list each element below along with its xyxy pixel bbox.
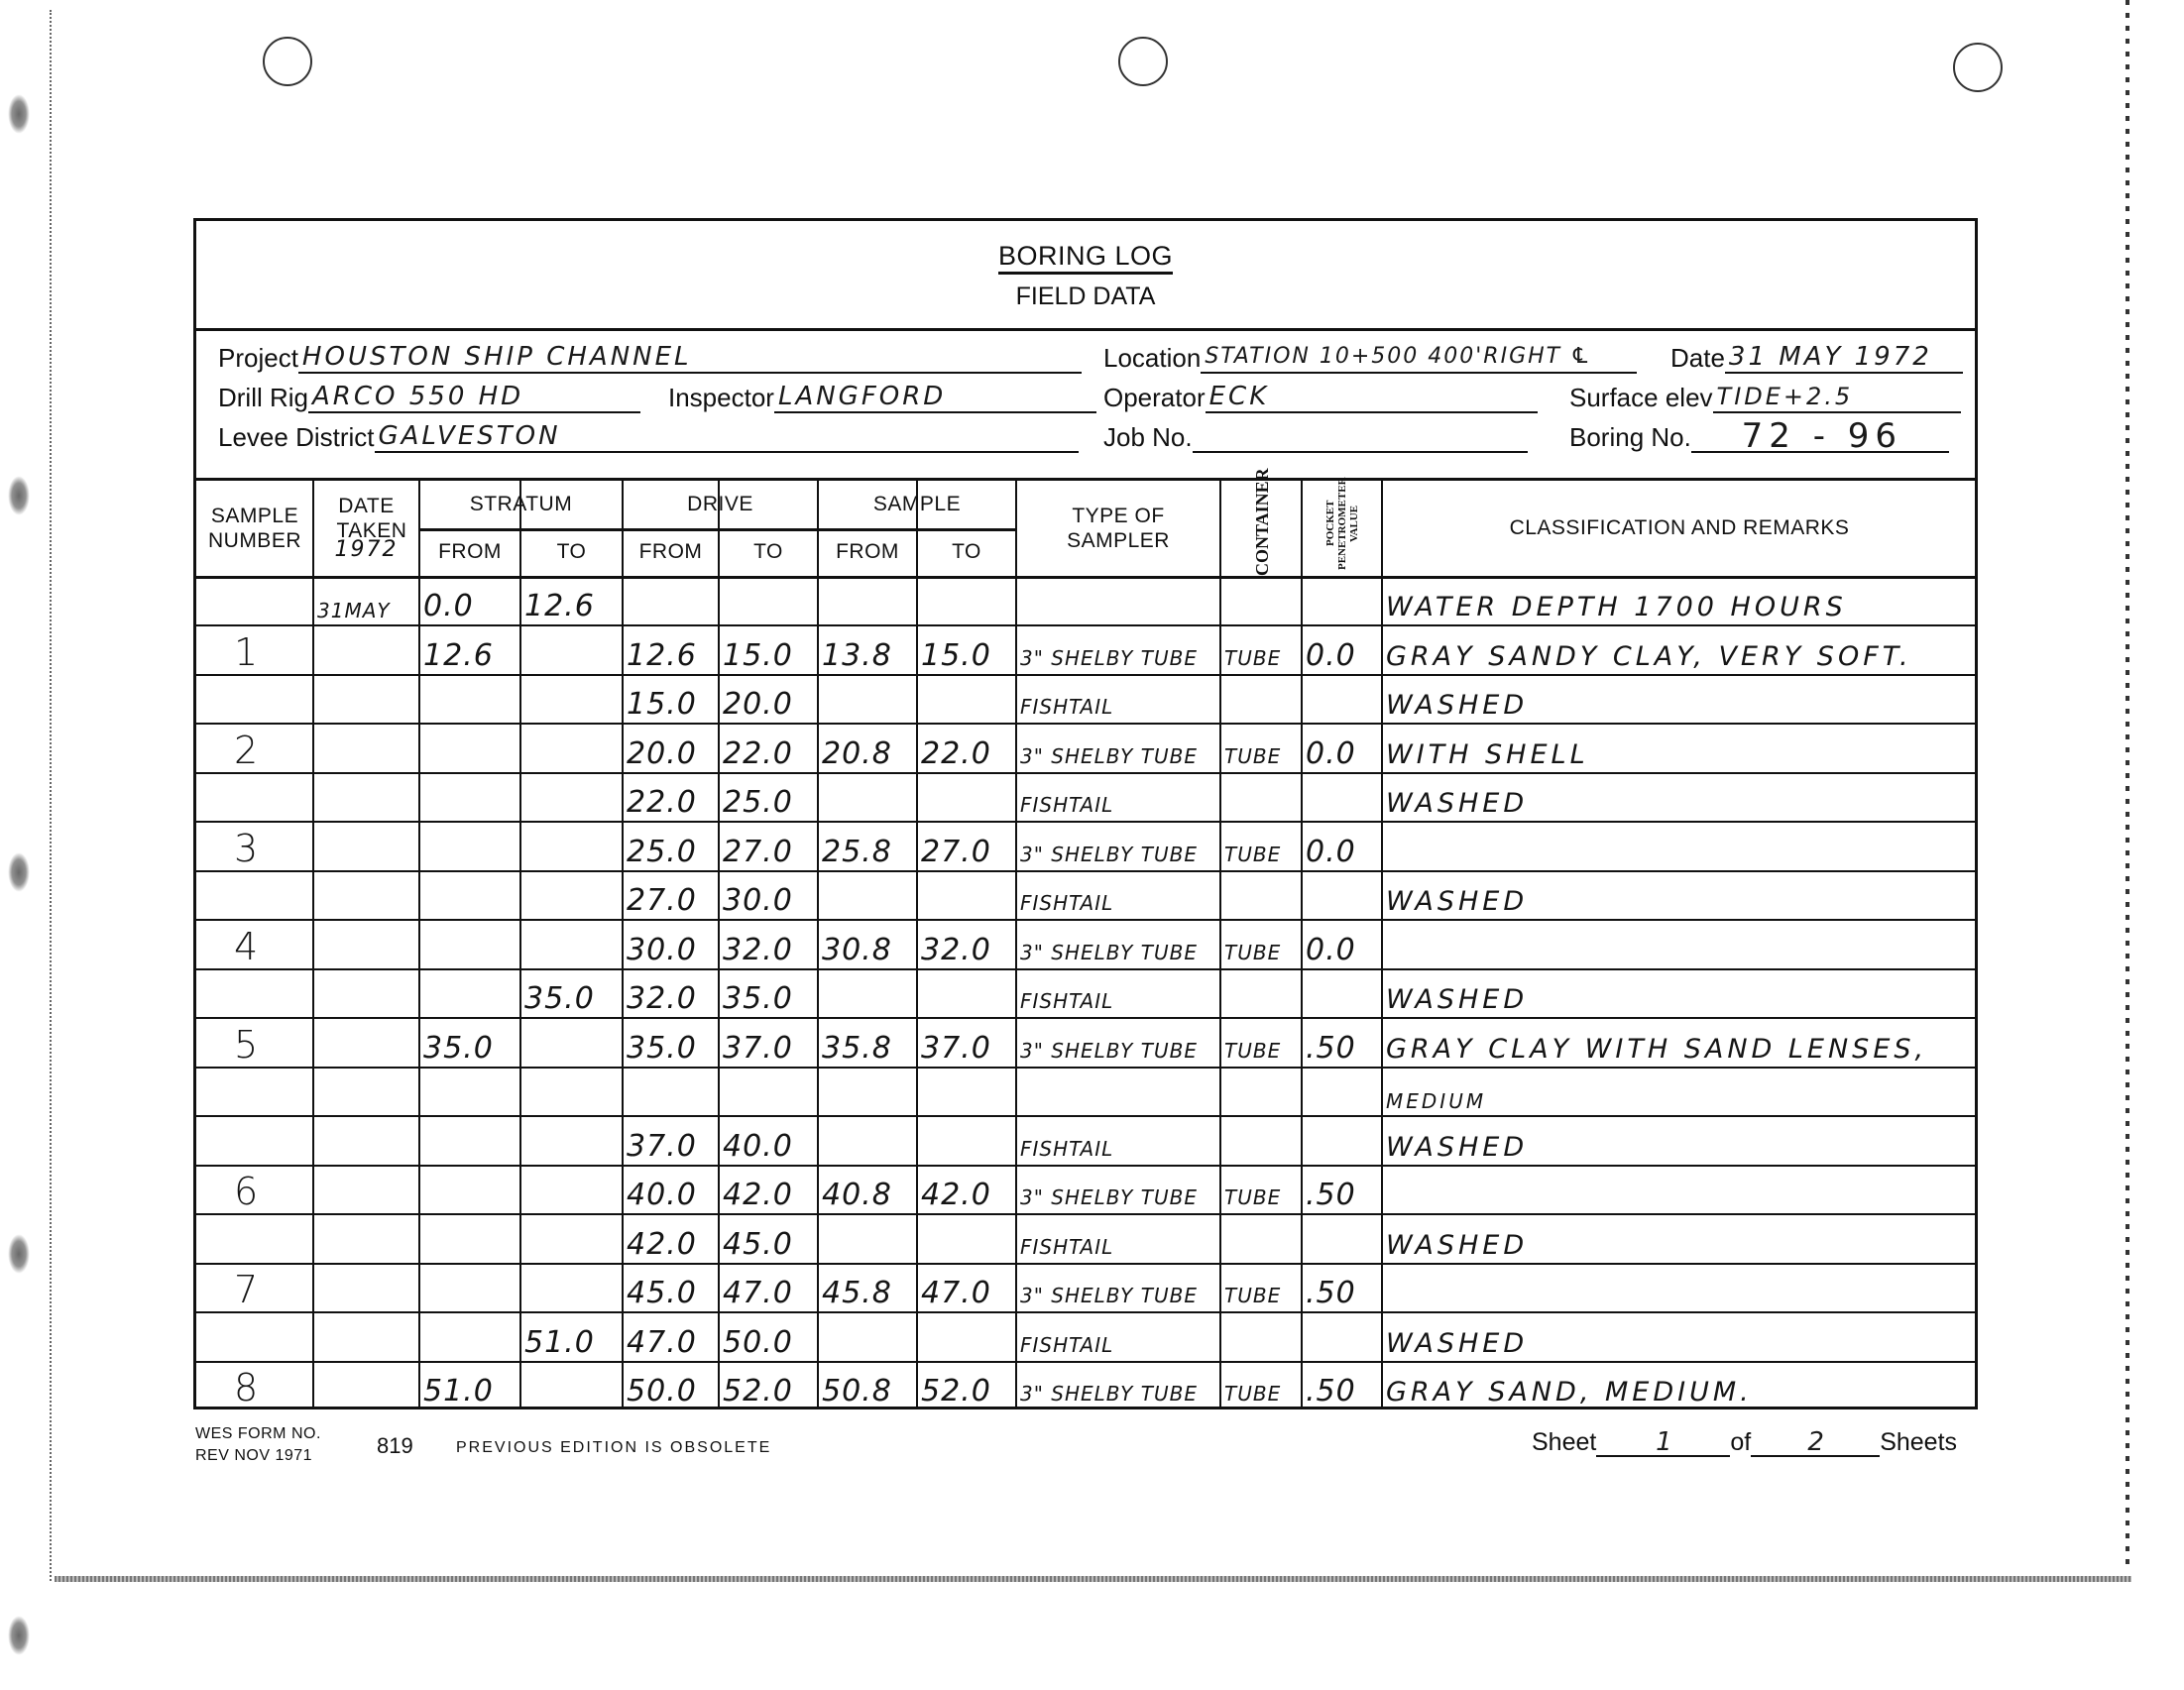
col-date-taken-label: DATE TAKEN — [337, 494, 397, 543]
paper-edge-bottom — [55, 1576, 2131, 1582]
drive-from-cell: 12.6 — [627, 638, 697, 673]
col-sample-from: FROM — [818, 528, 917, 576]
perforation-strip — [2126, 0, 2129, 1566]
table-row: 220.022.020.822.03" SHELBY TUBETUBE0.0WI… — [196, 723, 1975, 771]
sampler-type-cell: 3" SHELBY TUBE — [1020, 1185, 1198, 1209]
form-title-text: BORING LOG — [998, 241, 1173, 275]
drive-from-cell: 37.0 — [627, 1129, 697, 1164]
stratum-from-cell: 51.0 — [423, 1374, 494, 1408]
location-field: LocationSTATION 10+500 400'RIGHT ℄ — [1103, 342, 1637, 374]
drive-from-cell: 40.0 — [627, 1178, 697, 1212]
remarks-cell: WASHED — [1386, 1328, 1528, 1359]
col-date-taken-year: 1972 — [335, 537, 399, 563]
sample-to-cell: 47.0 — [921, 1276, 991, 1310]
drill-rig-field: Drill RigARCO 550 HD — [218, 382, 640, 413]
sampler-type-cell: 3" SHELBY TUBE — [1020, 1382, 1198, 1406]
sample-number-cell: 5 — [234, 1023, 258, 1067]
pocket-penetrometer-cell: 0.0 — [1306, 933, 1356, 967]
container-cell: TUBE — [1224, 1039, 1281, 1063]
col-sample-to: TO — [917, 528, 1016, 576]
project-field: ProjectHOUSTON SHIP CHANNEL — [218, 342, 1082, 374]
paper-edge-left — [50, 10, 52, 1581]
table-row: 851.050.052.050.852.03" SHELBY TUBETUBE.… — [196, 1361, 1975, 1409]
drive-from-cell: 25.0 — [627, 835, 697, 869]
table-row: 430.032.030.832.03" SHELBY TUBETUBE0.0 — [196, 919, 1975, 967]
sample-from-cell: 20.8 — [822, 736, 892, 771]
levee-district-label: Levee District — [218, 422, 375, 453]
table-row: 35.032.035.0FISHTAILWASHED — [196, 968, 1975, 1017]
scan-smudge — [8, 1616, 30, 1655]
drive-to-cell: 52.0 — [723, 1374, 793, 1408]
scan-smudge — [8, 476, 30, 515]
sample-number-cell: 3 — [234, 827, 258, 870]
container-cell: TUBE — [1224, 843, 1281, 866]
sampler-type-cell: FISHTAIL — [1020, 695, 1113, 719]
drive-from-cell: 35.0 — [627, 1031, 697, 1066]
sheet-number[interactable]: 1 — [1596, 1427, 1730, 1457]
pocket-penetrometer-cell: .50 — [1306, 1031, 1356, 1066]
operator-field: OperatorECK — [1103, 382, 1538, 413]
drill-rig-value[interactable]: ARCO 550 HD — [308, 382, 640, 413]
sampler-type-cell: 3" SHELBY TUBE — [1020, 843, 1198, 866]
sample-from-cell: 45.8 — [822, 1276, 892, 1310]
sampler-type-cell: 3" SHELBY TUBE — [1020, 646, 1198, 670]
inspector-label: Inspector — [668, 383, 774, 413]
table-row: 31MAY0.012.6WATER DEPTH 1700 HOURS — [196, 576, 1975, 624]
location-label: Location — [1103, 343, 1201, 374]
drive-from-cell: 42.0 — [627, 1227, 697, 1262]
boring-log-form: BORING LOG FIELD DATA ProjectHOUSTON SHI… — [193, 218, 1978, 1409]
sample-from-cell: 13.8 — [822, 638, 892, 673]
pocket-penetrometer-cell: 0.0 — [1306, 736, 1356, 771]
col-classification-remarks: CLASSIFICATION AND REMARKS — [1382, 481, 1977, 576]
date-field: Date31 MAY 1972 — [1670, 342, 1963, 374]
surface-elev-field: Surface elevTIDE+2.5 — [1569, 382, 1961, 413]
table-row: 37.040.0FISHTAILWASHED — [196, 1115, 1975, 1164]
sampler-type-cell: 3" SHELBY TUBE — [1020, 744, 1198, 768]
inspector-field: InspectorLANGFORD — [668, 382, 1096, 413]
remarks-cell: WASHED — [1386, 984, 1528, 1015]
drive-to-cell: 15.0 — [723, 638, 793, 673]
boring-no-field: Boring No.72 - 96 — [1569, 421, 1949, 453]
sample-to-cell: 52.0 — [921, 1374, 991, 1408]
col-container: CONTAINER — [1227, 481, 1297, 576]
date-value[interactable]: 31 MAY 1972 — [1725, 342, 1963, 374]
sample-from-cell: 35.8 — [822, 1031, 892, 1066]
table-row: 112.612.615.013.815.03" SHELBY TUBETUBE0… — [196, 624, 1975, 673]
table-row: 15.020.0FISHTAILWASHED — [196, 674, 1975, 723]
drive-to-cell: 45.0 — [723, 1227, 793, 1262]
sampler-type-cell: FISHTAIL — [1020, 793, 1113, 817]
sheet-counter: Sheet1of2Sheets — [1532, 1427, 1957, 1457]
col-pocket-penetrometer: POCKET PENETROMETER VALUE — [1305, 469, 1380, 578]
drive-to-cell: 47.0 — [723, 1276, 793, 1310]
table-row: 745.047.045.847.03" SHELBY TUBETUBE.50 — [196, 1263, 1975, 1311]
table-row: 535.035.037.035.837.03" SHELBY TUBETUBE.… — [196, 1017, 1975, 1066]
container-cell: TUBE — [1224, 1185, 1281, 1209]
col-sample-number: SAMPLE NUMBER — [196, 481, 313, 576]
drive-to-cell: 42.0 — [723, 1178, 793, 1212]
remarks-cell: GRAY SANDY CLAY, VERY SOFT. — [1386, 641, 1912, 672]
sample-from-cell: 40.8 — [822, 1178, 892, 1212]
table-row: 27.030.0FISHTAILWASHED — [196, 870, 1975, 919]
drive-from-cell: 47.0 — [627, 1325, 697, 1360]
drive-to-cell: 22.0 — [723, 736, 793, 771]
remarks-cell: GRAY CLAY WITH SAND LENSES, — [1386, 1034, 1927, 1065]
remarks-cell: WASHED — [1386, 1132, 1528, 1163]
drive-to-cell: 25.0 — [723, 785, 793, 820]
form-revision: REV NOV 1971 — [195, 1445, 321, 1467]
punch-hole-center — [1118, 37, 1168, 86]
location-value[interactable]: STATION 10+500 400'RIGHT ℄ — [1201, 342, 1637, 374]
operator-label: Operator — [1103, 383, 1206, 413]
container-cell: TUBE — [1224, 744, 1281, 768]
table-row: 51.047.050.0FISHTAILWASHED — [196, 1311, 1975, 1360]
col-drive-from: FROM — [623, 528, 719, 576]
stratum-from-cell: 35.0 — [423, 1031, 494, 1066]
drill-rig-label: Drill Rig — [218, 383, 308, 413]
sample-number-cell: 6 — [234, 1170, 258, 1213]
punch-hole-right — [1953, 43, 2003, 92]
sheet-label: Sheet — [1532, 1428, 1596, 1456]
remarks-cell: WATER DEPTH 1700 HOURS — [1386, 592, 1847, 622]
col-type-of-sampler: TYPE OF SAMPLER — [1016, 481, 1220, 576]
col-drive-to: TO — [719, 528, 818, 576]
sample-from-cell: 50.8 — [822, 1374, 892, 1408]
boring-no-label: Boring No. — [1569, 422, 1691, 453]
inspector-value[interactable]: LANGFORD — [774, 382, 1096, 413]
stratum-from-cell: 0.0 — [423, 589, 474, 623]
sampler-type-cell: 3" SHELBY TUBE — [1020, 1284, 1198, 1307]
stratum-from-cell: 12.6 — [423, 638, 494, 673]
pocket-penetrometer-cell: 0.0 — [1306, 835, 1356, 869]
remarks-cell: WITH SHELL — [1386, 739, 1589, 770]
drive-from-cell: 27.0 — [627, 883, 697, 918]
stratum-to-cell: 12.6 — [524, 589, 595, 623]
drive-from-cell: 20.0 — [627, 736, 697, 771]
levee-district-value[interactable]: GALVESTON — [375, 421, 1079, 453]
sampler-type-cell: FISHTAIL — [1020, 1235, 1113, 1259]
col-stratum-to: TO — [520, 528, 623, 576]
col-date-taken: DATE TAKEN 1972 — [313, 481, 419, 576]
job-no-label: Job No. — [1103, 422, 1193, 453]
sample-number-cell: 2 — [234, 729, 258, 772]
sample-to-cell: 42.0 — [921, 1178, 991, 1212]
drive-from-cell: 50.0 — [627, 1374, 697, 1408]
drive-to-cell: 50.0 — [723, 1325, 793, 1360]
title-band: BORING LOG FIELD DATA — [196, 221, 1975, 331]
col-stratum: STRATUM — [419, 481, 623, 528]
levee-district-field: Levee DistrictGALVESTON — [218, 421, 1079, 453]
drive-to-cell: 32.0 — [723, 933, 793, 967]
col-sample: SAMPLE — [818, 481, 1016, 528]
pocket-penetrometer-cell: .50 — [1306, 1276, 1356, 1310]
sampler-type-cell: 3" SHELBY TUBE — [1020, 1039, 1198, 1063]
total-sheets[interactable]: 2 — [1751, 1427, 1880, 1457]
col-drive: DRIVE — [623, 481, 818, 528]
drive-to-cell: 40.0 — [723, 1129, 793, 1164]
container-cell: TUBE — [1224, 1382, 1281, 1406]
container-cell: TUBE — [1224, 1284, 1281, 1307]
sample-number-cell: 8 — [234, 1366, 258, 1409]
remarks-cell: WASHED — [1386, 690, 1528, 721]
sampler-type-cell: 3" SHELBY TUBE — [1020, 941, 1198, 964]
form-number: 819 — [377, 1433, 413, 1459]
container-cell: TUBE — [1224, 646, 1281, 670]
sheets-label: Sheets — [1880, 1428, 1957, 1456]
sample-to-cell: 15.0 — [921, 638, 991, 673]
pocket-penetrometer-cell: .50 — [1306, 1374, 1356, 1408]
date-taken-cell: 31MAY — [317, 599, 391, 622]
drive-from-cell: 30.0 — [627, 933, 697, 967]
sampler-type-cell: FISHTAIL — [1020, 989, 1113, 1013]
surface-elev-label: Surface elev — [1569, 383, 1713, 413]
table-row: 640.042.040.842.03" SHELBY TUBETUBE.50 — [196, 1165, 1975, 1213]
col-stratum-from: FROM — [419, 528, 520, 576]
remarks-cell: WASHED — [1386, 886, 1528, 917]
stratum-to-cell: 51.0 — [524, 1325, 595, 1360]
table-row: MEDIUM — [196, 1067, 1975, 1115]
form-no-label: WES FORM NO. — [195, 1423, 321, 1445]
form-title: BORING LOG — [196, 241, 1975, 272]
project-label: Project — [218, 343, 298, 374]
date-label: Date — [1670, 343, 1725, 374]
remarks-cell: GRAY SAND, MEDIUM. — [1386, 1377, 1753, 1408]
sampler-type-cell: FISHTAIL — [1020, 891, 1113, 915]
remarks-cell: WASHED — [1386, 788, 1528, 819]
of-label: of — [1730, 1428, 1751, 1456]
scan-smudge — [8, 94, 30, 134]
sample-to-cell: 32.0 — [921, 933, 991, 967]
drive-to-cell: 37.0 — [723, 1031, 793, 1066]
obsolete-notice: PREVIOUS EDITION IS OBSOLETE — [456, 1439, 771, 1457]
drive-to-cell: 27.0 — [723, 835, 793, 869]
sample-from-cell: 25.8 — [822, 835, 892, 869]
sample-from-cell: 30.8 — [822, 933, 892, 967]
col-type-of-sampler-label: TYPE OF SAMPLER — [1059, 504, 1178, 553]
drive-from-cell: 22.0 — [627, 785, 697, 820]
sample-number-cell: 7 — [234, 1268, 258, 1311]
project-value[interactable]: HOUSTON SHIP CHANNEL — [298, 342, 1082, 374]
sample-to-cell: 37.0 — [921, 1031, 991, 1066]
container-cell: TUBE — [1224, 941, 1281, 964]
remarks-cell: MEDIUM — [1386, 1089, 1486, 1113]
punch-hole-left — [263, 37, 312, 86]
job-no-value[interactable] — [1193, 421, 1528, 453]
scan-smudge — [8, 1234, 30, 1274]
pocket-penetrometer-cell: 0.0 — [1306, 638, 1356, 673]
table-row: 22.025.0FISHTAILWASHED — [196, 772, 1975, 821]
drive-to-cell: 20.0 — [723, 687, 793, 722]
sample-to-cell: 22.0 — [921, 736, 991, 771]
table-row: 325.027.025.827.03" SHELBY TUBETUBE0.0 — [196, 821, 1975, 869]
sample-to-cell: 27.0 — [921, 835, 991, 869]
stratum-to-cell: 35.0 — [524, 981, 595, 1016]
remarks-cell: WASHED — [1386, 1230, 1528, 1261]
scan-smudge — [8, 852, 30, 892]
surface-elev-value[interactable]: TIDE+2.5 — [1713, 382, 1961, 413]
sample-number-cell: 4 — [234, 925, 258, 968]
form-subtitle: FIELD DATA — [196, 282, 1975, 311]
boring-no-value[interactable]: 72 - 96 — [1691, 421, 1949, 453]
drive-from-cell: 15.0 — [627, 687, 697, 722]
sample-number-cell: 1 — [234, 630, 258, 674]
pocket-penetrometer-cell: .50 — [1306, 1178, 1356, 1212]
drive-from-cell: 45.0 — [627, 1276, 697, 1310]
sampler-type-cell: FISHTAIL — [1020, 1333, 1113, 1357]
drive-to-cell: 35.0 — [723, 981, 793, 1016]
drive-to-cell: 30.0 — [723, 883, 793, 918]
table-row: 42.045.0FISHTAILWASHED — [196, 1213, 1975, 1262]
form-id: WES FORM NO. REV NOV 1971 — [195, 1423, 321, 1467]
operator-value[interactable]: ECK — [1206, 382, 1538, 413]
sampler-type-cell: FISHTAIL — [1020, 1137, 1113, 1161]
drive-from-cell: 32.0 — [627, 981, 697, 1016]
job-no-field: Job No. — [1103, 421, 1528, 453]
